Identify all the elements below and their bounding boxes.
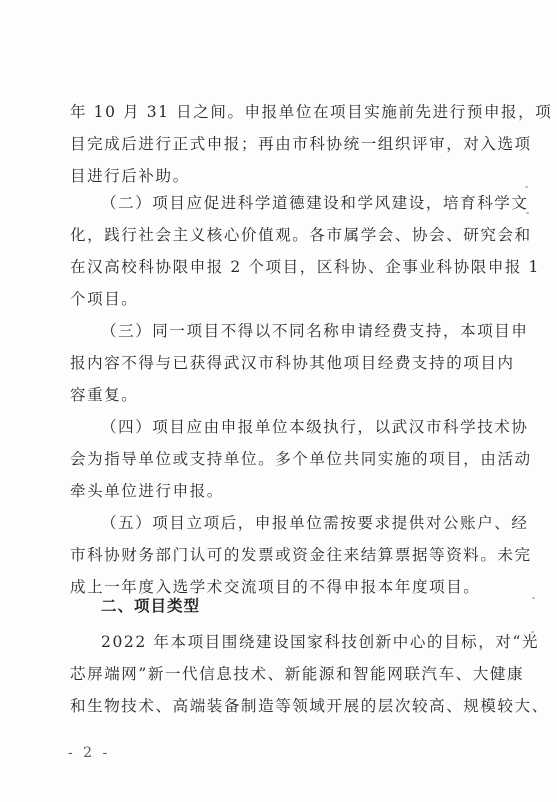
scan-speck — [526, 212, 529, 214]
paragraph-line: 目进行后补助。 — [70, 166, 492, 186]
section-paragraph-line: 2022 年本项目围绕建设国家科技创新中心的目标，对“光 — [101, 632, 492, 652]
section-paragraph-line: 和生物技术、高端装备制造等领域开展的层次较高、规模较大、 — [70, 696, 492, 716]
paragraph-line: 化，践行社会主义核心价值观。各市属学会、协会、研究会和 — [70, 225, 492, 245]
paragraph-line: 容重复。 — [70, 385, 492, 405]
paragraph-line: 会为指导单位或支持单位。多个单位共同实施的项目，由活动 — [70, 449, 492, 469]
paragraph-line-item-2: （二）项目应促进科学道德建设和学风建设，培育科学文 — [101, 193, 492, 213]
paragraph-line-item-5: （五）项目立项后，申报单位需按要求提供对公账户、经 — [101, 513, 492, 533]
document-page: 年 10 月 31 日之间。申报单位在项目实施前先进行预申报，项 目完成后进行正… — [0, 0, 557, 802]
section-heading: 二、项目类型 — [101, 596, 200, 616]
paragraph-line: 报内容不得与已获得武汉市科协其他项目经费支持的项目内 — [70, 353, 492, 373]
paragraph-line-item-3: （三）同一项目不得以不同名称申请经费支持，本项目申 — [101, 321, 492, 341]
paragraph-line-item-4: （四）项目应由申报单位本级执行，以武汉市科学技术协 — [101, 417, 492, 437]
section-paragraph-line: 芯屏端网”新一代信息技术、新能源和智能网联汽车、大健康 — [70, 664, 492, 684]
paragraph-line: 年 10 月 31 日之间。申报单位在项目实施前先进行预申报，项 — [70, 102, 492, 122]
scan-speck — [531, 631, 534, 633]
paragraph-line: 在汉高校科协限申报 2 个项目，区科协、企事业科协限申报 1 — [70, 257, 492, 277]
paragraph-line: 个项目。 — [70, 289, 492, 309]
paragraph-line: 牵头单位进行申报。 — [70, 481, 492, 501]
scan-speck — [532, 597, 535, 599]
paragraph-line: 成上一年度入选学术交流项目的不得申报本年度项目。 — [70, 577, 492, 597]
scan-speck — [525, 186, 528, 188]
paragraph-line: 市科协财务部门认可的发票或资金往来结算票据等资料。未完 — [70, 545, 492, 565]
paragraph-line: 目完成后进行正式申报；再由市科协统一组织评审，对入选项 — [70, 134, 492, 154]
page-number: - 2 - — [68, 745, 110, 761]
